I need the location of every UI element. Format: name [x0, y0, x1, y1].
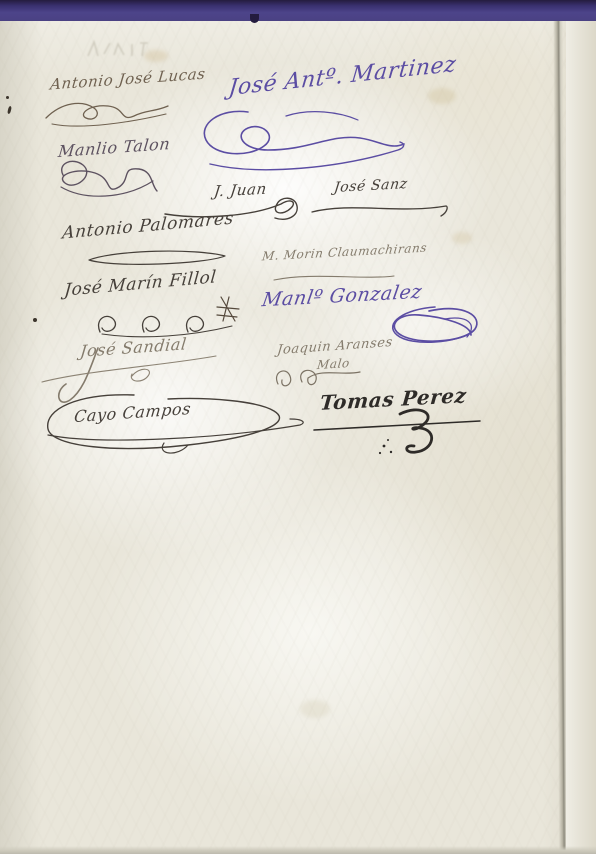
binding-strip: [0, 0, 596, 21]
flourish-talon: [55, 157, 160, 203]
binding-notch: [250, 14, 259, 23]
paper-stain: [428, 88, 456, 104]
flourish-loops: [92, 312, 237, 338]
showthrough-mark: [84, 38, 154, 62]
signature-jose-sanz: José Sanz: [333, 177, 408, 195]
paraph-perez: [312, 406, 484, 460]
underline-morin: [272, 270, 397, 284]
rubric-gonzalez: [375, 303, 485, 347]
flourish-campos: [38, 387, 306, 459]
ink-speck: [6, 96, 9, 99]
adjacent-page-edge: [566, 21, 596, 854]
paper-stain: [452, 232, 472, 244]
underline-sanz: [310, 198, 450, 220]
scanned-page: Antonio José Lucas José Antº. Martinez M…: [0, 0, 596, 854]
paper-stain: [300, 700, 330, 718]
bottom-edge-shadow: [0, 846, 596, 854]
paraph-juan: [163, 190, 303, 224]
flourish-lucas: [42, 92, 172, 128]
underline-palomares: [85, 248, 230, 268]
ink-speck: [33, 318, 37, 322]
flourish-martinez: [190, 106, 410, 174]
